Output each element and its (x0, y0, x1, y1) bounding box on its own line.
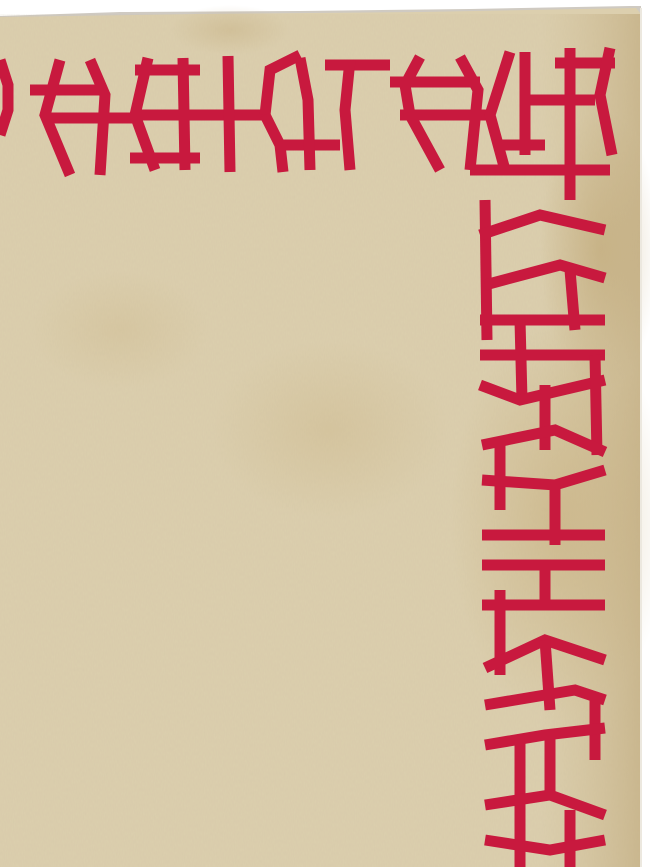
rug-illustration (0, 0, 650, 867)
glyph-stroke-right (595, 355, 597, 455)
rug-photo (0, 0, 650, 867)
glyph-stroke-top (345, 60, 350, 170)
stain (210, 340, 450, 520)
stain (30, 270, 210, 390)
glyph-stroke-top (228, 56, 230, 172)
stain (170, 5, 290, 55)
